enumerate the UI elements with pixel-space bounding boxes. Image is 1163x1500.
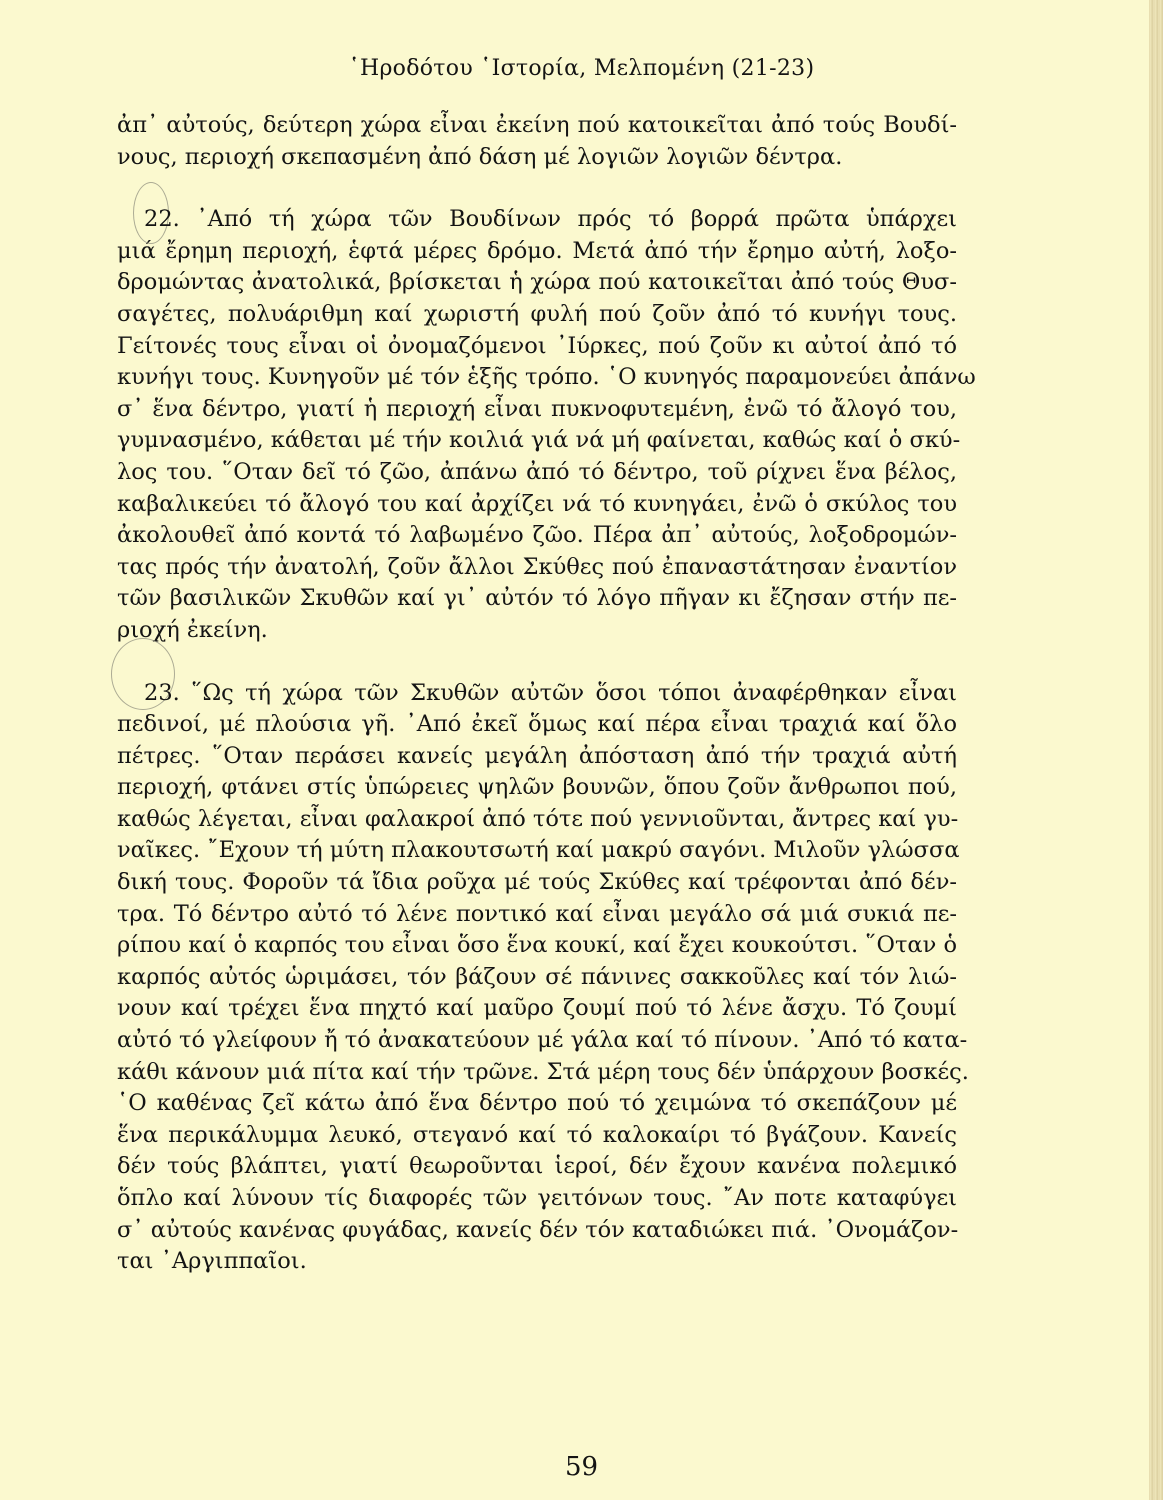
text-line: 23. ῞Ως τή χώρα τῶν Σκυθῶν αὐτῶν ὅσοι τό… [117, 678, 957, 710]
text-line: πέτρες. ῞Οταν περάσει κανείς μεγάλη ἀπόσ… [117, 741, 957, 773]
text-line: Γείτονές τους εἶναι οἱ ὀνομαζόμενοι ᾽Ιύρ… [117, 331, 957, 363]
text-line: ρίπου καί ὁ καρπός του εἶναι ὅσο ἕνα κου… [117, 930, 957, 962]
text-line: ῾Ο καθένας ζεῖ κάτω ἀπό ἕνα δέντρο πού τ… [117, 1088, 957, 1120]
page-edge [1149, 0, 1163, 1500]
text-line: νους, περιοχή σκεπασμένη ἀπό δάση μέ λογ… [117, 142, 957, 174]
text-line: κυνήγι τους. Κυνηγοῦν μέ τόν ἑξῆς τρόπο.… [117, 362, 957, 394]
section-number: 23. [144, 680, 180, 706]
text-line: ἕνα περικάλυμμα λευκό, στεγανό καί τό κα… [117, 1120, 957, 1152]
text-line: ἀκολουθεῖ ἀπό κοντά τό λαβωμένο ζῶο. Πέρ… [117, 520, 957, 552]
paragraph-23: 23. ῞Ως τή χώρα τῶν Σκυθῶν αὐτῶν ὅσοι τό… [117, 678, 957, 1278]
text-line: σ᾽ ἕνα δέντρο, γιατί ἡ περιοχή εἶναι πυκ… [117, 394, 957, 426]
text-line: καβαλικεύει τό ἄλογό του καί ἀρχίζει νά … [117, 489, 957, 521]
text-line: 22. ᾽Από τή χώρα τῶν Βουδίνων πρός τό βο… [117, 204, 957, 236]
paragraph-continuation: ἀπ᾽ αὐτούς, δεύτερη χώρα εἶναι ἐκείνη πο… [117, 110, 957, 173]
text-line: δρομώντας ἀνατολικά, βρίσκεται ἡ χώρα πο… [117, 267, 957, 299]
text-line: καρπός αὐτός ὡριμάσει, τόν βάζουν σέ πάν… [117, 962, 957, 994]
text-line: ναῖκες. ῎Εχουν τή μύτη πλακουτσωτή καί μ… [117, 835, 957, 867]
text-line: δέν τούς βλάπτει, γιατί θεωροῦνται ἱεροί… [117, 1151, 957, 1183]
text-line: περιοχή, φτάνει στίς ὑπώρειες ψηλῶν βουν… [117, 772, 957, 804]
text-line: μιά ἔρημη περιοχή, ἑφτά μέρες δρόμο. Μετ… [117, 236, 957, 268]
paragraph-22: 22. ᾽Από τή χώρα τῶν Βουδίνων πρός τό βο… [117, 204, 957, 646]
text-line: αὐτό τό γλείφουν ἤ τό ἀνακατεύουν μέ γάλ… [117, 1025, 957, 1057]
text-line: πεδινοί, μέ πλούσια γῆ. ᾽Από ἐκεῖ ὅμως κ… [117, 709, 957, 741]
text-line: λος του. ῞Οταν δεῖ τό ζῶο, ἀπάνω ἀπό τό … [117, 457, 957, 489]
text-line: τρα. Τό δέντρο αὐτό τό λένε ποντικό καί … [117, 899, 957, 931]
text-line: τῶν βασιλικῶν Σκυθῶν καί γι᾽ αὐτόν τό λό… [117, 583, 957, 615]
text-line: ὅπλο καί λύνουν τίς διαφορές τῶν γειτόνω… [117, 1183, 957, 1215]
running-head: ῾Ηροδότου ῾Ιστορία, Μελπομένη (21-23) [0, 56, 1163, 81]
text-line: νουν καί τρέχει ἕνα πηχτό καί μαῦρο ζουμ… [117, 993, 957, 1025]
text-line: σ᾽ αὐτούς κανένας φυγάδας, κανείς δέν τό… [117, 1215, 957, 1247]
text-line: σαγέτες, πολυάριθμη καί χωριστή φυλή πού… [117, 299, 957, 331]
body-text: ἀπ᾽ αὐτούς, δεύτερη χώρα εἶναι ἐκείνη πο… [117, 110, 957, 1278]
text-line: τας πρός τήν ἀνατολή, ζοῦν ἄλλοι Σκύθες … [117, 552, 957, 584]
text-line: ται ᾽Αργιππαῖοι. [117, 1246, 957, 1278]
section-number: 22. [144, 206, 180, 232]
text-line: δική τους. Φοροῦν τά ἴδια ροῦχα μέ τούς … [117, 867, 957, 899]
text-line: καθώς λέγεται, εἶναι φαλακροί ἀπό τότε π… [117, 804, 957, 836]
text-line: γυμνασμένο, κάθεται μέ τήν κοιλιά γιά νά… [117, 425, 957, 457]
text-line: ἀπ᾽ αὐτούς, δεύτερη χώρα εἶναι ἐκείνη πο… [117, 110, 957, 142]
page-number: 59 [0, 1452, 1163, 1482]
text-line: κάθι κάνουν μιά πίτα καί τήν τρῶνε. Στά … [117, 1057, 957, 1089]
text-line: ριοχή ἐκείνη. [117, 615, 957, 647]
